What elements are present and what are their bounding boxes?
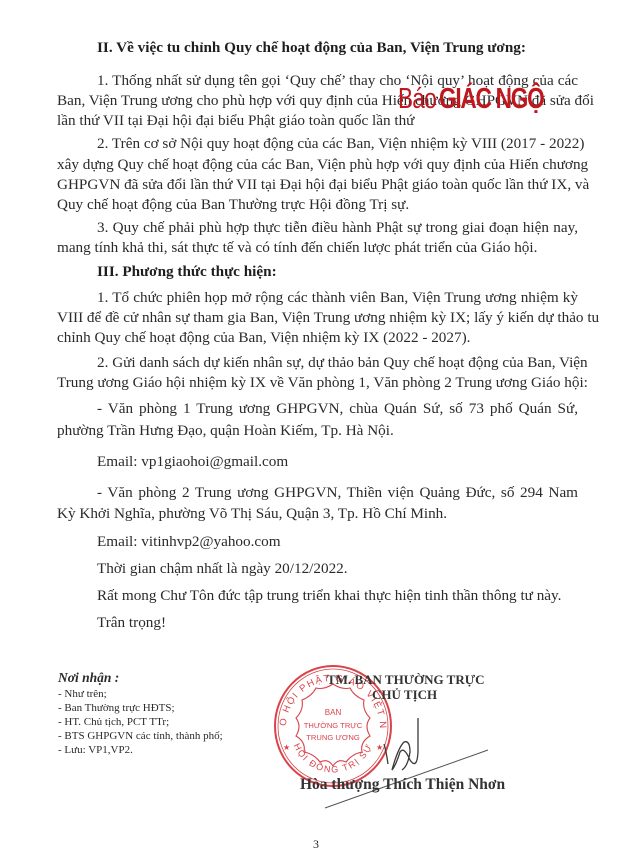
section-2-item-2-line-4: Quy chế hoạt động của Ban Thường trực Hộ… [57, 195, 409, 215]
section-3-item-1-line-3: chỉnh Quy chế hoạt động của Ban, Viện nh… [57, 328, 470, 348]
office-1-line-2: phường Trần Hưng Đạo, quận Hoàn Kiếm, Tp… [57, 421, 394, 441]
office-2-line-2: Kỳ Khởi Nghĩa, phường Võ Thị Sáu, Quận 3… [57, 504, 447, 524]
section-3-item-1-line-1: 1. Tổ chức phiên họp mở rộng các thành v… [97, 288, 578, 308]
section-2-heading: II. Về việc tu chỉnh Quy chế hoạt động c… [97, 38, 526, 58]
recipient-item: - HT. Chủ tịch, PCT TTr; [58, 715, 169, 729]
section-2-item-1-line-3: lần thứ VII tại Đại hội đại biểu Phật gi… [57, 111, 414, 131]
section-2-item-2-line-1: 2. Trên cơ sở Nội quy hoạt động của các … [97, 134, 578, 154]
office-1-line-1: - Văn phòng 1 Trung ương GHPGVN, chùa Qu… [97, 399, 578, 419]
svg-text:TRUNG ƯƠNG: TRUNG ƯƠNG [306, 733, 360, 742]
recipient-item: - Như trên; [58, 687, 107, 701]
section-3-item-2-line-1: 2. Gửi danh sách dự kiến nhân sự, dự thả… [97, 353, 578, 373]
bao-giac-ngo-watermark: BáoGIÁC NGỘ [398, 83, 543, 115]
svg-text:THƯỜNG TRỰC: THƯỜNG TRỰC [304, 721, 363, 730]
svg-text:★: ★ [376, 743, 383, 752]
deadline-text: Thời gian chậm nhất là ngày 20/12/2022. [97, 559, 348, 579]
section-3-item-1-line-2: VIII để đề cử nhân sự tham gia Ban, Viện… [57, 308, 578, 328]
section-2-item-2-line-3: GHPGVN đã sửa đổi lần thứ VII tại Đại hộ… [57, 175, 578, 195]
section-2-item-3-line-2: mang tính khả thi, sát thực tế và có tín… [57, 238, 537, 258]
office-2-email: Email: vitinhvp2@yahoo.com [97, 532, 281, 552]
signatory-name: Hòa thượng Thích Thiện Nhơn [300, 776, 505, 794]
signature-title: CHỦ TỊCH [372, 687, 437, 703]
section-3-item-2-line-2: Trung ương Giáo hội nhiệm kỳ IX về Văn p… [57, 373, 588, 393]
section-3-heading: III. Phương thức thực hiện: [97, 262, 277, 282]
section-2-item-2-line-2: xây dựng Quy chế hoạt động của các Ban, … [57, 155, 578, 175]
signature-on-behalf: TM. BAN THƯỜNG TRỰC [327, 672, 484, 688]
svg-text:★: ★ [283, 743, 290, 752]
section-2-item-3-line-1: 3. Quy chế phải phù hợp thực tiễn điều h… [97, 218, 578, 238]
watermark-prefix: Báo [398, 83, 436, 115]
svg-text:BAN: BAN [325, 708, 342, 717]
regards-text: Trân trọng! [97, 613, 166, 633]
request-text: Rất mong Chư Tôn đức tập trung triển kha… [97, 586, 561, 606]
page-number: 3 [313, 837, 319, 852]
recipient-item: - Ban Thường trực HĐTS; [58, 701, 175, 715]
office-1-email: Email: vp1giaohoi@gmail.com [97, 452, 288, 472]
office-2-line-1: - Văn phòng 2 Trung ương GHPGVN, Thiền v… [97, 483, 578, 503]
recipient-item: - Lưu: VP1,VP2. [58, 743, 133, 757]
watermark-brand: GIÁC NGỘ [439, 83, 543, 115]
recipient-item: - BTS GHPGVN các tỉnh, thành phố; [58, 729, 223, 743]
recipients-heading: Nơi nhận : [58, 670, 119, 686]
